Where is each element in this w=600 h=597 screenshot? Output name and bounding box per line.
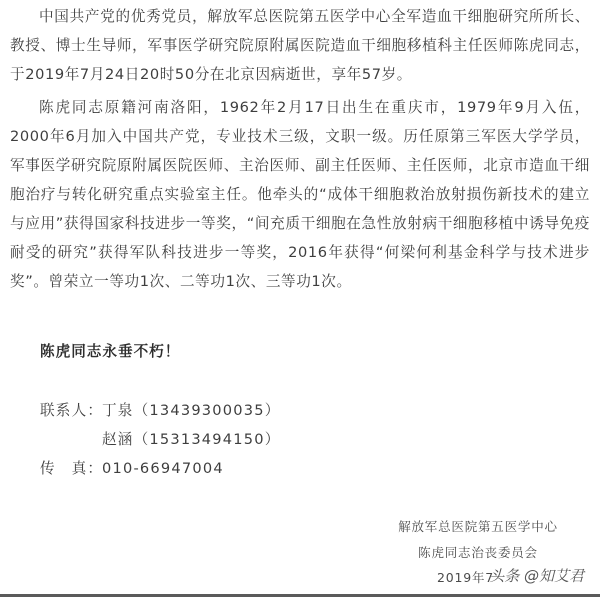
signature-organization: 解放军总医院第五医学中心	[378, 514, 578, 540]
contact-person-1: 丁泉（13439300035）	[102, 402, 281, 419]
signature-block: 解放军总医院第五医学中心 陈虎同志治丧委员会	[378, 514, 578, 566]
signature-committee: 陈虎同志治丧委员会	[378, 540, 578, 566]
fax-label: 传 真：	[40, 454, 102, 483]
paragraph-biography: 陈虎同志原籍河南洛阳，1962年2月17日出生在重庆市，1979年9月入伍，20…	[10, 93, 590, 296]
fax-row: 传 真：010-66947004	[40, 454, 281, 483]
contact-person-2: 赵涵（15313494150）	[102, 431, 281, 448]
contact-label: 联系人：	[40, 396, 102, 425]
obituary-document: 中国共产党的优秀党员，解放军总医院第五医学中心全军造血干细胞研究所所长、教授、博…	[10, 2, 590, 296]
contact-row-2: 赵涵（15313494150）	[40, 425, 281, 454]
closing-statement: 陈虎同志永垂不朽！	[40, 340, 180, 361]
paragraph-announcement: 中国共产党的优秀党员，解放军总医院第五医学中心全军造血干细胞研究所所长、教授、博…	[10, 2, 590, 89]
contact-row-1: 联系人：丁泉（13439300035）	[40, 396, 281, 425]
fax-number: 010-66947004	[102, 460, 224, 477]
source-watermark: 头条 @知艾君	[489, 565, 584, 586]
contact-block: 联系人：丁泉（13439300035） 赵涵（15313494150） 传 真：…	[40, 396, 281, 483]
signature-date: 2019年7	[437, 568, 494, 586]
